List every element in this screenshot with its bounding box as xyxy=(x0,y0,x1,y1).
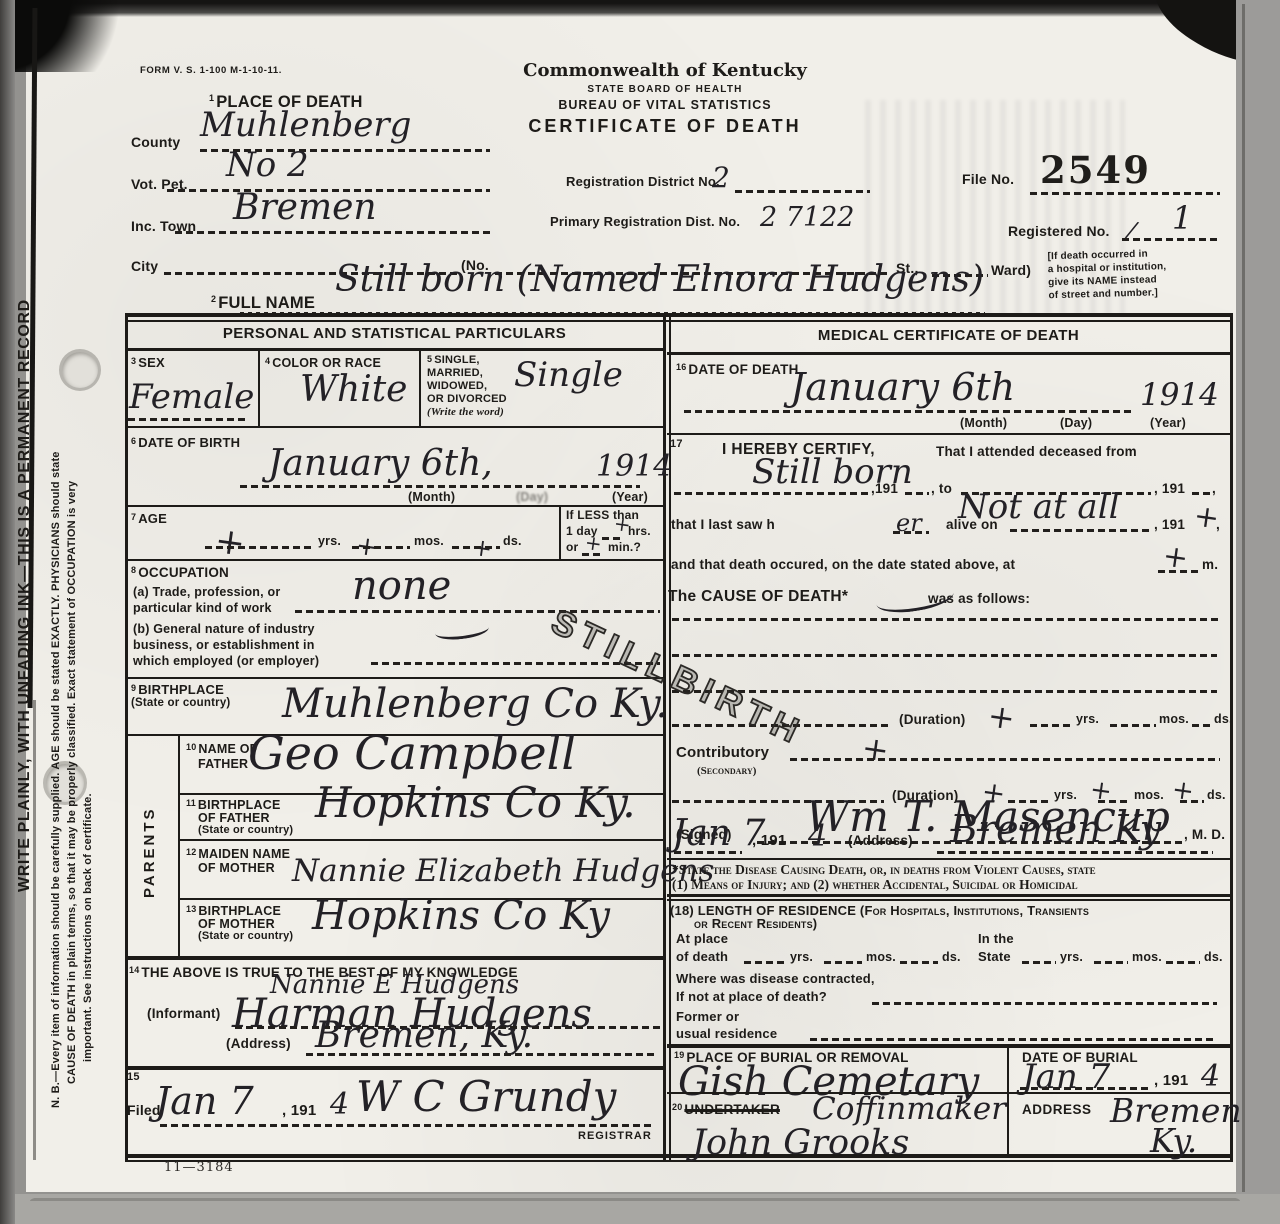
margin-note-line3: important. See instructions on back of c… xyxy=(82,793,94,1062)
undertaker-correction: Coffinmaker xyxy=(812,1094,1006,1125)
commonwealth-title: Commonwealth of Kentucky xyxy=(505,60,825,81)
field-number: 14 xyxy=(129,965,139,975)
cause-of-death-bold: The CAUSE OF DEATH* xyxy=(668,588,848,605)
year-sublabel: (Year) xyxy=(612,490,648,504)
saw-year-prefix: , 191 xyxy=(1154,517,1185,532)
dashed-line xyxy=(1010,529,1152,532)
rule xyxy=(125,505,664,507)
former-label1: Former or xyxy=(676,1010,739,1025)
dashed-line xyxy=(674,492,869,495)
in-the-label2: State xyxy=(978,950,1011,965)
father-birthplace-heading2: OF FATHER xyxy=(198,811,270,825)
field-number: 2 xyxy=(211,294,216,304)
dob-heading: 6DATE OF BIRTH xyxy=(131,436,240,451)
duration-label: (Duration) xyxy=(899,712,966,727)
dashed-line xyxy=(1166,961,1200,964)
comma: , xyxy=(1216,517,1220,532)
dashed-line xyxy=(937,851,1213,854)
dashed-line xyxy=(872,1002,1217,1005)
certify-field-number: 17 xyxy=(670,438,683,450)
heavy-rule xyxy=(667,894,1230,897)
field-number: 5 xyxy=(427,354,432,364)
burial-year-printed: , 191 xyxy=(1154,1073,1188,1090)
ds-label: ds. xyxy=(1207,788,1226,802)
registered-no-label: Registered No. xyxy=(1008,224,1110,240)
scan-corner-top-left xyxy=(0,0,150,72)
ds-label: ds. xyxy=(503,534,522,548)
dashed-line xyxy=(175,231,490,234)
at-place-label1: At place xyxy=(676,932,728,947)
ds-label: ds. xyxy=(942,950,961,964)
county-label: County xyxy=(131,135,180,151)
dashed-line xyxy=(205,546,313,549)
dashed-line xyxy=(672,618,1220,621)
comma: , xyxy=(1212,481,1216,496)
marital-label: SINGLE, xyxy=(434,354,479,366)
dashed-line xyxy=(160,1124,655,1127)
inc-town-value: Bremen xyxy=(233,190,377,226)
heavy-rule xyxy=(125,1066,664,1070)
rule xyxy=(125,348,664,351)
footnote-line1: *State the Disease Causing Death, or, in… xyxy=(672,862,1096,878)
dashed-line xyxy=(790,758,1220,761)
scan-edge-left xyxy=(0,0,15,1224)
column-divider xyxy=(663,313,666,1162)
day-sublabel: (Day) xyxy=(1060,416,1092,430)
hospital-note: [If death occurred in a hospital or inst… xyxy=(1047,246,1218,302)
to-year-prefix: , 191 xyxy=(1154,481,1185,496)
field-number: 6 xyxy=(131,436,136,446)
margin-note-line1: N. B.—Every item of information should b… xyxy=(50,451,62,1108)
birthplace-heading: 9BIRTHPLACE xyxy=(131,683,224,698)
masthead: Commonwealth of Kentucky STATE BOARD OF … xyxy=(505,60,825,136)
dashed-line xyxy=(1020,1087,1150,1090)
mother-birthplace-heading: 13BIRTHPLACE xyxy=(186,904,281,918)
former-label2: usual residence xyxy=(676,1027,777,1042)
dashed-line xyxy=(744,961,786,964)
undertaker-name: John Grooks xyxy=(692,1126,909,1161)
dashed-line xyxy=(1122,238,1220,241)
dashed-line xyxy=(306,1053,656,1056)
father-name-heading: 10NAME OF xyxy=(186,742,257,756)
dob-value: January 6th, xyxy=(268,446,493,482)
mother-maiden-value: Nannie Elizabeth Hudgens xyxy=(292,856,714,887)
month-sublabel: (Month) xyxy=(960,416,1007,430)
dob-label: DATE OF BIRTH xyxy=(138,435,240,450)
mother-birthplace-label: BIRTHPLACE xyxy=(198,904,281,918)
contracted-label1: Where was disease contracted, xyxy=(676,972,875,987)
occupation-a-value: none xyxy=(352,566,451,606)
undertaker-address-value2: Ky. xyxy=(1150,1124,1197,1157)
margin-warning-text: WRITE PLAINLY, WITH UNFADING INK—THIS IS… xyxy=(16,299,34,892)
at-place-label2: of death xyxy=(676,950,728,965)
color-value: White xyxy=(300,372,407,408)
cell-divider xyxy=(419,348,421,426)
field-number: 11 xyxy=(186,798,196,808)
border-top-rule2 xyxy=(125,320,1233,322)
yrs-label: yrs. xyxy=(318,534,341,548)
sex-value: Female xyxy=(129,380,254,414)
dob-year-value: 1914 xyxy=(596,452,672,482)
md-label: , M. D. xyxy=(1184,827,1225,842)
heavy-rule xyxy=(125,956,664,960)
heavy-rule xyxy=(667,1044,1230,1048)
paper-edge-right-line xyxy=(1242,4,1245,1192)
marital-heading: 5SINGLE, MARRIED, WIDOWED, OR DIVORCED (… xyxy=(427,354,507,419)
occupation-a-line2: particular kind of work xyxy=(133,601,272,615)
filed-field-number: 15 xyxy=(127,1071,140,1083)
rule xyxy=(125,677,664,679)
dashed-line xyxy=(1180,800,1204,803)
registration-district-label: Registration District No. xyxy=(566,175,720,190)
color-label: COLOR OR RACE xyxy=(272,356,381,370)
registrar-label: REGISTRAR xyxy=(578,1130,652,1142)
mos-label: mos. xyxy=(414,534,444,548)
sex-heading: 3SEX xyxy=(131,356,165,371)
signed-year-printed: , 191 xyxy=(752,833,786,850)
informant-address-value: Bremen, Ky. xyxy=(315,1018,533,1054)
rule xyxy=(667,899,1230,901)
field-number: 16 xyxy=(676,362,686,372)
certificate-title: CERTIFICATE OF DEATH xyxy=(505,116,825,136)
month-sublabel: (Month) xyxy=(408,490,455,504)
alive-on-value: Not at all xyxy=(958,490,1119,524)
scanned-death-certificate: WRITE PLAINLY, WITH UNFADING INK—THIS IS… xyxy=(0,0,1280,1224)
dashed-line xyxy=(735,190,870,193)
left-section-title: PERSONAL AND STATISTICAL PARTICULARS xyxy=(125,326,664,343)
field-number: 7 xyxy=(131,512,136,522)
burial-year-hw: 4 xyxy=(1201,1062,1220,1092)
m-label: m. xyxy=(1202,557,1218,572)
file-no-value: 2549 xyxy=(1040,148,1151,192)
contracted-label2: If not at place of death? xyxy=(676,990,827,1005)
city-ward-label: Ward) xyxy=(991,263,1031,279)
father-birthplace-heading: 11BIRTHPLACE xyxy=(186,798,280,812)
full-name-label: FULL NAME xyxy=(218,294,315,312)
ds-label: ds. xyxy=(1204,950,1223,964)
mos-label: mos. xyxy=(1132,950,1162,964)
footnote-line2: (1) Means of Injury; and (2) whether Acc… xyxy=(672,877,1078,893)
dashed-line xyxy=(674,851,742,854)
marital-label: MARRIED, xyxy=(427,367,483,379)
contributory-mark: + xyxy=(859,728,891,769)
dashed-line xyxy=(900,961,938,964)
state-board-line: STATE BOARD OF HEALTH xyxy=(505,84,825,95)
signed-address-label: (Address) xyxy=(848,833,913,848)
cell-divider xyxy=(258,348,260,426)
plate-number: 11—3184 xyxy=(164,1160,234,1175)
dashed-line xyxy=(1192,724,1212,727)
age-label: AGE xyxy=(138,511,167,526)
secondary-label: (Secondary) xyxy=(697,765,756,777)
primary-registration-label: Primary Registration Dist. No. xyxy=(550,215,740,230)
signed-year-hw: 4 xyxy=(808,822,827,852)
form-number: FORM V. S. 1-100 M-1-10-11. xyxy=(140,66,282,77)
age-heading: 7AGE xyxy=(131,512,167,527)
yrs-label: yrs. xyxy=(1060,950,1083,964)
dashed-line xyxy=(1030,192,1220,195)
father-birthplace-label: BIRTHPLACE xyxy=(198,798,281,812)
dod-value: January 6th xyxy=(790,368,1015,406)
county-value: Muhlenberg xyxy=(200,108,411,142)
border-right xyxy=(1230,313,1233,1162)
informant-address-label: (Address) xyxy=(226,1036,291,1051)
field-number: 20 xyxy=(672,1102,682,1112)
rule xyxy=(178,839,664,841)
dod-label: DATE OF DEATH xyxy=(688,362,798,377)
dashed-line xyxy=(1094,961,1128,964)
dashed-line xyxy=(1192,492,1210,495)
informant-label: (Informant) xyxy=(147,1006,220,1021)
full-name-heading: 2FULL NAME xyxy=(211,294,315,312)
rule xyxy=(667,433,1230,435)
marital-instruction: (Write the word) xyxy=(427,406,504,418)
residence-heading2: or Recent Residents) xyxy=(694,917,817,932)
contributory-label: Contributory xyxy=(676,745,769,762)
bureau-line: BUREAU OF VITAL STATISTICS xyxy=(505,98,825,112)
mother-maiden-heading2: OF MOTHER xyxy=(198,861,275,875)
filed-year-hw: 4 xyxy=(330,1090,349,1120)
dashed-line xyxy=(352,546,410,549)
parents-cell-divider xyxy=(178,734,180,957)
field-number: 10 xyxy=(186,742,196,752)
city-label: City xyxy=(131,259,158,275)
yrs-label: yrs. xyxy=(1076,712,1099,726)
certify-rest-label: That I attended deceased from xyxy=(936,444,1137,459)
file-no-label: File No. xyxy=(962,172,1014,188)
occupation-a-line1: (a) Trade, profession, or xyxy=(133,585,280,599)
dod-heading: 16DATE OF DEATH xyxy=(676,362,799,377)
registered-no-value: 1 xyxy=(1172,202,1192,234)
ds-label: ds. xyxy=(1214,712,1233,726)
field-number: 9 xyxy=(131,683,136,693)
dashed-line xyxy=(810,1038,1217,1041)
less-than-line2b: hrs. xyxy=(628,525,651,538)
undertaker-address-label: ADDRESS xyxy=(1022,1102,1092,1117)
father-birthplace-value: Hopkins Co Ky. xyxy=(315,782,636,824)
field-number: 12 xyxy=(186,847,196,857)
right-section-title: MEDICAL CERTIFICATE OF DEATH xyxy=(667,328,1230,345)
registration-district-value: 2 xyxy=(712,164,730,192)
from-year-prefix: ,191 xyxy=(871,481,898,496)
less-than-line3b: min.? xyxy=(608,541,641,554)
dashed-line xyxy=(582,553,604,556)
field-number: 13 xyxy=(186,904,196,914)
father-name-value: Geo Campbell xyxy=(248,730,576,776)
year-sublabel: (Year) xyxy=(1150,416,1186,430)
dashed-line xyxy=(1158,570,1198,573)
father-name-heading2: FATHER xyxy=(198,757,248,771)
yrs-label: yrs. xyxy=(790,950,813,964)
occupation-b-line3: which employed (or employer) xyxy=(133,654,319,668)
dashed-line xyxy=(128,418,246,421)
dashed-line xyxy=(672,654,1217,657)
dashed-line xyxy=(240,485,640,488)
field-number: 3 xyxy=(131,356,136,366)
burial-cell-divider xyxy=(1007,1044,1009,1156)
field-number: 4 xyxy=(265,356,270,366)
color-heading: 4COLOR OR RACE xyxy=(265,356,381,370)
border-left xyxy=(125,313,128,1162)
punch-hole xyxy=(62,352,98,388)
filed-date-value: Jan 7 xyxy=(155,1082,254,1120)
mother-birthplace-heading2: OF MOTHER xyxy=(198,917,275,931)
undertaker-label-struck: UNDERTAKER xyxy=(684,1102,780,1117)
birthplace-value: Muhlenberg Co Ky. xyxy=(282,684,668,724)
border-top-rule xyxy=(125,313,1233,317)
to-label: , to xyxy=(931,481,952,496)
scan-edge-top xyxy=(0,0,1280,17)
rule xyxy=(667,352,1230,355)
birthplace-label: BIRTHPLACE xyxy=(138,682,224,697)
field-number: (18) xyxy=(670,903,694,918)
occupation-b-line2: business, or establishment in xyxy=(133,638,315,652)
primary-registration-value: 2 7122 xyxy=(760,204,854,231)
rule xyxy=(125,426,664,428)
less-than-line3a: or xyxy=(566,541,578,554)
death-occurred-label: and that death occured, on the date stat… xyxy=(671,557,1015,572)
mother-maiden-label: MAIDEN NAME xyxy=(198,847,290,861)
dashed-line xyxy=(893,531,929,534)
father-birthplace-sublabel: (State or country) xyxy=(198,824,293,836)
undertaker-heading: 20UNDERTAKER xyxy=(672,1102,780,1117)
mos-label: mos. xyxy=(1159,712,1189,726)
dod-year-value: 1914 xyxy=(1140,380,1219,411)
signed-address-value: Bremen Ky xyxy=(950,810,1161,848)
voting-precinct-value: No 2 xyxy=(226,148,309,182)
sex-label: SEX xyxy=(138,355,165,370)
rule xyxy=(125,559,664,561)
occupation-b-line1: (b) General nature of industry xyxy=(133,622,315,636)
dashed-line xyxy=(684,410,1134,413)
dashed-line xyxy=(824,961,862,964)
day-sublabel: (Day) xyxy=(516,490,548,504)
margin-note-line2: CAUSE OF DEATH in plain terms, so that i… xyxy=(66,481,78,1084)
dashed-line xyxy=(1030,724,1072,727)
field-number: 1 xyxy=(209,93,214,103)
dashed-line xyxy=(905,492,929,495)
rule xyxy=(667,858,1230,860)
mother-birthplace-value: Hopkins Co Ky xyxy=(312,896,610,936)
occupation-heading: 8OCCUPATION xyxy=(131,565,229,580)
occupation-label: OCCUPATION xyxy=(138,565,229,580)
last-saw-label: that I last saw h xyxy=(671,517,775,532)
border-bottom-rule xyxy=(125,1154,1233,1158)
birthplace-sublabel: (State or country) xyxy=(131,697,230,710)
registrar-signature: W C Grundy xyxy=(356,1076,616,1118)
in-the-label1: In the xyxy=(978,932,1014,947)
parents-vertical-label: PARENTS xyxy=(142,806,159,898)
dashed-line xyxy=(452,546,500,549)
filed-year-printed: , 191 xyxy=(282,1103,316,1120)
mother-maiden-heading: 12MAIDEN NAME xyxy=(186,847,290,861)
dashed-line xyxy=(1022,961,1056,964)
mother-birthplace-sublabel: (State or country) xyxy=(198,930,293,942)
dashed-line xyxy=(1110,724,1156,727)
mos-label: mos. xyxy=(866,950,896,964)
marital-value: Single xyxy=(514,358,623,392)
marital-label: WIDOWED, xyxy=(427,380,487,392)
cell-divider xyxy=(559,505,561,559)
marital-label: OR DIVORCED xyxy=(427,393,507,405)
border-bottom-rule2 xyxy=(125,1160,1233,1162)
full-name-value: Still born (Named Elnora Hudgens) xyxy=(335,262,984,298)
dashed-line xyxy=(295,610,660,613)
duration-yrs-mark: + xyxy=(985,696,1017,737)
field-number: 8 xyxy=(131,565,136,575)
